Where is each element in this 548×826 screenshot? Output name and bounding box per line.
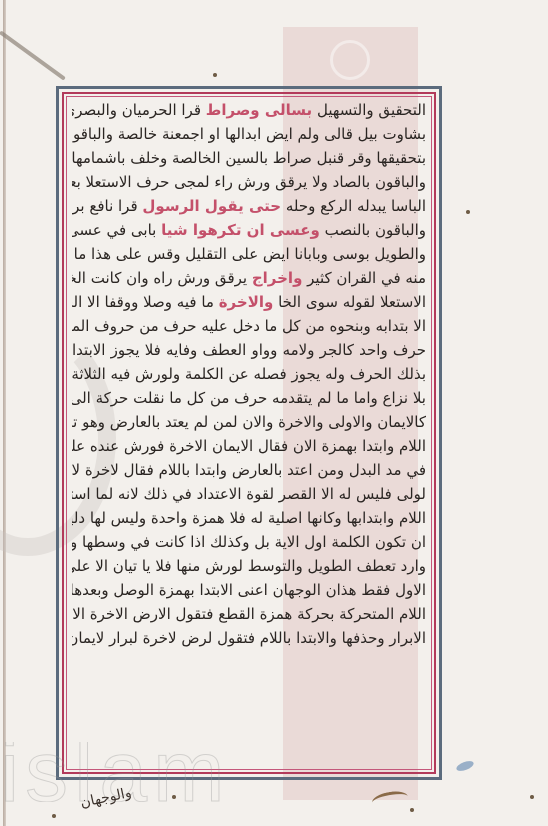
text-line: وارد تعطف الطويل والتوسط لورش منها فلا ي… <box>72 554 426 578</box>
ink-dot <box>52 814 56 818</box>
text-line: اللام وابتدابها وكانها اصلية له فلا همزة… <box>72 506 426 530</box>
body-text: والطويل بوسى وبابانا ايض على التقليل وقس… <box>72 245 426 263</box>
rubric-text: واخراج <box>252 269 303 287</box>
body-text: في مد البدل ومن اعتد بالعارض وابتدا بالل… <box>72 461 426 479</box>
text-line: بشاوت بيل قالى ولم ايض ابدالها او اجمعنة… <box>72 122 426 146</box>
body-text: اللام وابتدا بهمزة الان فقال الايمان الا… <box>72 437 426 455</box>
body-text: منه في القران كثير <box>302 269 426 287</box>
body-text: الباسا يبدله الركع وحله <box>281 197 426 215</box>
rubric-text: والاخرة <box>219 293 274 311</box>
text-line: بذلك الحرف وله يجوز فصله عن الكلمة ولورش… <box>72 362 426 386</box>
text-line: الاستعلا لقوله سوى الخا والاخرة ما فيه و… <box>72 290 426 314</box>
text-line: كالايمان والاولى والاخرة والان لمن لم يع… <box>72 410 426 434</box>
text-line: الابرار وحذفها والابتدا باللام فتقول لرض… <box>72 626 426 650</box>
body-text: بشاوت بيل قالى ولم ايض ابدالها او اجمعنة… <box>72 125 426 143</box>
ink-dot <box>213 73 217 77</box>
text-line: في مد البدل ومن اعتد بالعارض وابتدا بالل… <box>72 458 426 482</box>
body-text: ما فيه وصلا ووقفا الا الخفي وما <box>72 293 219 311</box>
ink-dot <box>466 210 470 214</box>
text-line: لولى فليس له الا القصر لقوة الاعتداد في … <box>72 482 426 506</box>
text-line: اللام وابتدا بهمزة الان فقال الايمان الا… <box>72 434 426 458</box>
body-text: كالايمان والاولى والاخرة والان لمن لم يع… <box>72 413 426 431</box>
rubric-text: بسالى وصراط <box>206 101 312 119</box>
body-text: يرقق ورش راه وان كانت الخا من حروف <box>72 269 252 287</box>
body-text: بلا نزاع واما ما لم يتقدمه حرف من كل ما … <box>72 389 426 407</box>
body-text: التحقيق والتسهيل <box>312 101 426 119</box>
text-line: بلا نزاع واما ما لم يتقدمه حرف من كل ما … <box>72 386 426 410</box>
body-text: والباقون بالصاد ولا يرقق ورش راء لمجى حر… <box>72 173 426 191</box>
rubric-text: وعسى ان تكرهوا شيا <box>161 221 320 239</box>
text-line: الاول فقط هذان الوجهان اعنى الابتدا بهمز… <box>72 578 426 602</box>
body-text: اللام المتحركة بحركة همزة القطع فتقول ال… <box>72 605 426 623</box>
body-text: والباقون بالنصب <box>320 221 426 239</box>
body-text: قرا الحرميان والبصري بتحقيق همزة <box>72 101 206 119</box>
text-line: الباسا يبدله الركع وحله حتى يقول الرسول … <box>72 194 426 218</box>
body-text: الاول فقط هذان الوجهان اعنى الابتدا بهمز… <box>72 581 426 599</box>
text-line: ان تكون الكلمة اول الاية بل وكذلك اذا كا… <box>72 530 426 554</box>
text-line: اللام المتحركة بحركة همزة القطع فتقول ال… <box>72 602 426 626</box>
body-text: لولى فليس له الا القصر لقوة الاعتداد في … <box>72 485 426 503</box>
manuscript-text: التحقيق والتسهيل بسالى وصراط قرا الحرميا… <box>72 98 426 770</box>
body-text: الا بتدابه وبنحوه من كل ما دخل عليه حرف … <box>72 317 426 335</box>
text-line: والطويل بوسى وبابانا ايض على التقليل وقس… <box>72 242 426 266</box>
catchword: والوجهان <box>79 785 133 811</box>
body-text: ان تكون الكلمة اول الاية بل وكذلك اذا كا… <box>72 533 426 551</box>
text-line: بتحقيقها وقر قنبل صراط بالسين الخالصة وخ… <box>72 146 426 170</box>
body-text: الاستعلا لقوله سوى الخا <box>273 293 426 311</box>
text-line: والباقون بالصاد ولا يرقق ورش راء لمجى حر… <box>72 170 426 194</box>
text-line: التحقيق والتسهيل بسالى وصراط قرا الحرميا… <box>72 98 426 122</box>
body-text: الابرار وحذفها والابتدا باللام فتقول لرض… <box>72 629 426 647</box>
ink-blot <box>455 759 475 773</box>
library-seal-icon <box>330 40 370 80</box>
body-text: حرف واحد كالجر ولامه وواو العطف وفايه فل… <box>72 341 426 359</box>
body-text: قرا نافع برفع لام يقول <box>72 197 142 215</box>
text-line: والباقون بالنصب وعسى ان تكرهوا شيا بابى … <box>72 218 426 242</box>
body-text: وارد تعطف الطويل والتوسط لورش منها فلا ي… <box>72 557 426 575</box>
body-text: بابى في عسى على الفتح التوسط <box>72 221 161 239</box>
paper-crease <box>0 30 66 80</box>
rubric-text: حتى يقول الرسول <box>142 197 281 215</box>
ink-dot <box>530 795 534 799</box>
ink-dot <box>410 808 414 812</box>
body-text: اللام وابتدابها وكانها اصلية له فلا همزة… <box>72 509 426 527</box>
body-text: بذلك الحرف وله يجوز فصله عن الكلمة ولورش… <box>72 365 426 383</box>
body-text: بتحقيقها وقر قنبل صراط بالسين الخالصة وخ… <box>72 149 426 167</box>
text-line: منه في القران كثير واخراج يرقق ورش راه و… <box>72 266 426 290</box>
ink-dot <box>172 795 176 799</box>
text-line: الا بتدابه وبنحوه من كل ما دخل عليه حرف … <box>72 314 426 338</box>
text-line: حرف واحد كالجر ولامه وواو العطف وفايه فل… <box>72 338 426 362</box>
